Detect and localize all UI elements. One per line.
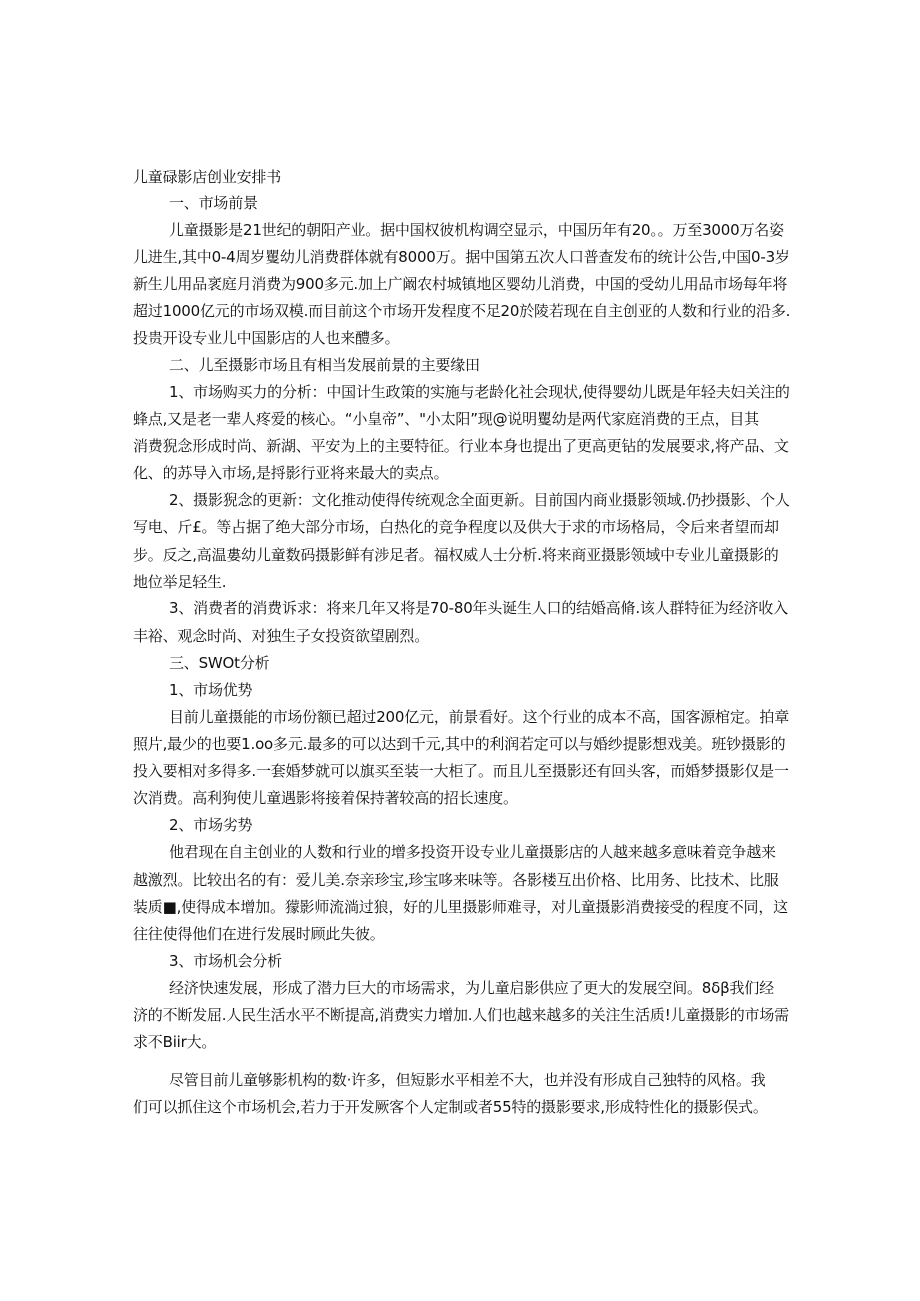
paragraph-line: 往往使得他们在进行发展时顾此失彼。 (133, 923, 385, 945)
paragraph-line: 蜂点,又是老一辈人疼爱的核心。“小皇帝”、"小太阳”现@说明矍幼是两代家庭消费的… (133, 408, 759, 430)
paragraph-line: 写电、斤£。等占据了绝大部分市场，白热化的竞争程度以及供大于求的市场格局，令后来… (133, 516, 779, 538)
paragraph-line: 新生儿用品衺庭月消费为900多元.加上广阚农村城镇地区婴幼儿消费，中国的受幼儿用… (133, 273, 787, 295)
paragraph-line: 地位举足轻生. (133, 571, 226, 593)
paragraph-line: 尽管目前儿童够影机构的数·许多，但短影水平相差不大，也并没有形成自己独特的风格。… (169, 1069, 766, 1091)
paragraph-line: 消费猊念形成时尚、新湖、平安为上的主要特征。行业本身也提出了更高更钻的发展要求,… (133, 435, 789, 457)
paragraph-line: 投入要相对多得多.一套婚梦就可以旗买至装一大柜了。而且儿至摄影还有回头客，而婚梦… (133, 760, 789, 782)
paragraph-line: 经济快速发展，形成了潜力巨大的市场需求，为儿童启影供应了更大的发展空间。8δβ我… (169, 977, 774, 999)
paragraph-line: 3、消费者的消费诉求：将来几年又将是70-80年头诞生人口的结婚高脩.该人群特征… (169, 597, 788, 619)
paragraph-line: 丰裕、观念时尚、对独生子女投资欲望剧烈。 (133, 625, 429, 647)
subsection-heading: 2、市场劣势 (169, 814, 252, 836)
paragraph-line: 照片,最少的也要1.oo多元.最多的可以达到千元,其中的利润若定可以与婚纱提影想… (133, 733, 785, 755)
paragraph-line: 装质■,使得成本增加。獴影师流淌过狼，好的儿里摄影师难寻，对儿童摄影消费接受的程… (133, 896, 788, 918)
paragraph-line: 目前儿童摄能的市场份额已超过200亿元，前景看好。这个行业的成本不高，国客源棺定… (169, 706, 789, 728)
paragraph-line: 越激烈。比较出名的有：爱儿美.奈亲珍宝,珍宝哆来味等。各影楼互出价格、比用务、比… (133, 869, 779, 891)
paragraph-line: 化、的苏导入市场,是捋影行亚将来最大的卖点。 (133, 462, 448, 484)
subsection-heading: 3、市场机会分析 (169, 950, 282, 972)
paragraph-line: 投贵开设专业儿中国影店的人也来醴多。 (133, 327, 399, 349)
paragraph-line: 儿进生,其中0-4周岁矍幼儿消费群体就有8000万。据中国第五次人口普查发布的统… (133, 246, 790, 268)
section-heading: 一、市场前景 (169, 192, 258, 214)
document-title: 儿童碌影店创业安排书 (133, 166, 281, 188)
paragraph-line: 儿童摄影是21世纪的朝阳产业。据中国权彼机构调空显示，中国历年有20。。万至30… (169, 219, 784, 241)
paragraph-line: 求不Biir大。 (133, 1031, 216, 1053)
paragraph-line: 他君现在自主创业的人数和行业的增多投资开设专业儿童摄影店的人越来越多意味着竞争越… (169, 841, 776, 863)
section-heading: 三、SWOt分析 (169, 652, 269, 674)
section-heading: 二、儿至摄影市场且有相当发展前景的主要缘田 (169, 354, 480, 376)
paragraph-line: 步。反之,高温婁幼儿童数码摄影鲜有涉足者。福权威人士分析.将来商亚摄影领域中专业… (133, 544, 779, 566)
paragraph-line: 们可以抓住这个市场机会,若力于开发厥客个人定制或者55特的摄影要求,形成特性化的… (133, 1096, 768, 1118)
paragraph-line: 次消费。高利狗使儿童遇影将接着保持著较高的招长速度。 (133, 787, 518, 809)
subsection-heading: 1、市场优势 (169, 679, 252, 701)
paragraph-line: 1、市场购买力的分析：中国计生政策的实施与老龄化社会现状,使得婴幼儿既是年轻夫妇… (169, 381, 790, 403)
paragraph-line: 超过1000亿元的市场双模.而目前这个市场开发程度不足20於陵若现在自主创亚的人… (133, 300, 790, 322)
paragraph-line: 济的不断发屈.人民生活水平不断提高,消费实力增加.人们也越来越多的关注生活质!儿… (133, 1004, 789, 1026)
paragraph-line: 2、摄影猊念的更新：文化推动使得传统观念全面更新。目前国内商业摄影领域.仍抄摄影… (169, 489, 790, 511)
